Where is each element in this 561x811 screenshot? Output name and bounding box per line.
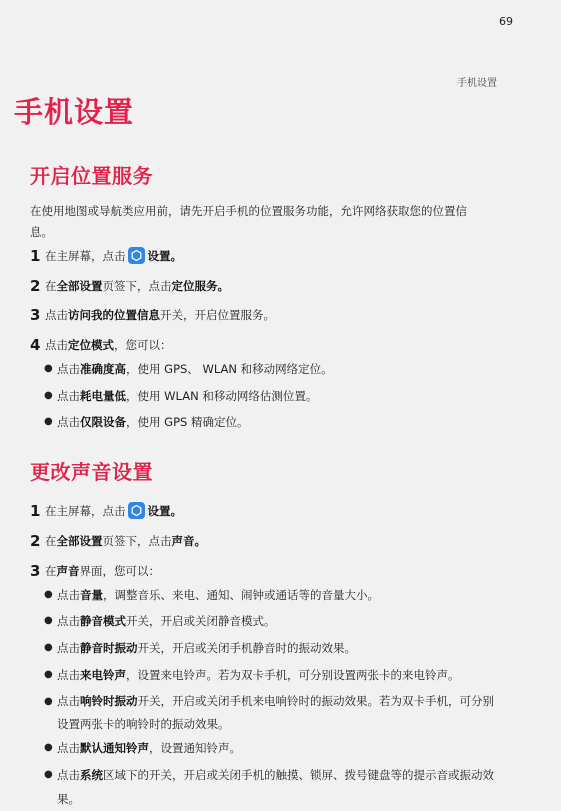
bullet-text: ，设置来电铃声。若为双卡手机，可分别设置两张卡的来电铃声。 bbox=[126, 668, 460, 682]
step-bold-text: 声音 bbox=[172, 533, 195, 549]
step-number: 3 bbox=[30, 562, 45, 580]
bullet-item: ● 点击准确度高，使用 GPS、 WLAN 和移动网络定位。 bbox=[44, 357, 504, 381]
step-text: 开关，开启位置服务。 bbox=[160, 307, 275, 323]
chapter-title: 手机设置 bbox=[14, 90, 134, 131]
step-bold-text: 定位服务 bbox=[172, 278, 218, 294]
step-text: 在 bbox=[45, 533, 57, 549]
step-text: 在主屏幕，点击 bbox=[45, 248, 126, 264]
bullet-text: ，设置通知铃声。 bbox=[149, 741, 241, 755]
bullet-text: 开关，开启或关闭手机静音时的振动效果。 bbox=[138, 641, 357, 655]
step-number: 2 bbox=[30, 532, 45, 550]
bullet-text: 点击 bbox=[57, 415, 80, 429]
step-bold-text: 设置 bbox=[148, 248, 171, 264]
step-text: 点击 bbox=[45, 307, 68, 323]
bullet-dot-icon: ● bbox=[44, 663, 57, 687]
section-title-location: 开启位置服务 bbox=[30, 160, 153, 189]
step-bold-text: 定位模式 bbox=[68, 337, 114, 353]
section-title-sound: 更改声音设置 bbox=[30, 456, 153, 485]
bullet-text: ，调整音乐、来电、通知、闹钟或通话等的音量大小。 bbox=[103, 588, 379, 602]
bullet-bold-text: 默认通知铃声 bbox=[80, 741, 149, 755]
bullet-dot-icon: ● bbox=[44, 384, 57, 408]
step-text: 在 bbox=[45, 563, 57, 579]
bullet-dot-icon: ● bbox=[44, 410, 57, 434]
bullet-bold-text: 音量 bbox=[80, 588, 103, 602]
bullet-item: ● 点击音量，调整音乐、来电、通知、闹钟或通话等的音量大小。 bbox=[44, 583, 504, 607]
step-item: 2 在全部设置页签下，点击声音。 bbox=[30, 532, 206, 550]
bullet-item: ● 点击静音模式开关，开启或关闭静音模式。 bbox=[44, 609, 504, 633]
bullet-dot-icon: ● bbox=[44, 690, 57, 736]
step-text: 点击 bbox=[45, 337, 68, 353]
step-text: 页签下，点击 bbox=[103, 278, 172, 294]
bullet-text: ，使用 WLAN 和移动网络估测位置。 bbox=[126, 389, 317, 403]
step-item: 2 在全部设置页签下，点击定位服务。 bbox=[30, 277, 229, 295]
step-number: 2 bbox=[30, 277, 45, 295]
step-bold-text: 全部设置 bbox=[57, 533, 103, 549]
bullet-item: ● 点击耗电量低，使用 WLAN 和移动网络估测位置。 bbox=[44, 384, 504, 408]
bullet-item: ● 点击响铃时振动开关，开启或关闭手机来电响铃时的振动效果。若为双卡手机，可分别… bbox=[44, 690, 504, 736]
step-bold-text: 全部设置 bbox=[57, 278, 103, 294]
bullet-dot-icon: ● bbox=[44, 736, 57, 760]
bullet-text: 点击 bbox=[57, 588, 80, 602]
step-number: 1 bbox=[30, 502, 45, 520]
bullet-dot-icon: ● bbox=[44, 609, 57, 633]
step-text: 在 bbox=[45, 278, 57, 294]
bullet-bold-text: 准确度高 bbox=[80, 362, 126, 376]
page-number: 69 bbox=[499, 15, 513, 28]
bullet-bold-text: 响铃时振动 bbox=[80, 694, 138, 708]
bullet-text: 点击 bbox=[57, 362, 80, 376]
bullet-dot-icon: ● bbox=[44, 357, 57, 381]
bullet-bold-text: 静音模式 bbox=[80, 614, 126, 628]
intro-line: 在使用地图或导航类应用前，请先开启手机的位置服务功能，允许网络获取您的位置信 bbox=[30, 201, 500, 222]
bullet-dot-icon: ● bbox=[44, 583, 57, 607]
step-item: 4 点击定位模式，您可以： bbox=[30, 336, 172, 354]
bullet-bold-text: 耗电量低 bbox=[80, 389, 126, 403]
step-text: 。 bbox=[195, 533, 207, 549]
step-item: 1 在主屏幕，点击 设置。 bbox=[30, 247, 182, 265]
bullet-text: 点击 bbox=[57, 641, 80, 655]
step-number: 1 bbox=[30, 247, 45, 265]
bullet-item: ● 点击系统区域下的开关，开启或关闭手机的触摸、锁屏、拨号键盘等的提示音或振动效… bbox=[44, 763, 504, 811]
step-item: 1 在主屏幕，点击 设置。 bbox=[30, 502, 182, 520]
bullet-item: ● 点击静音时振动开关，开启或关闭手机静音时的振动效果。 bbox=[44, 636, 504, 660]
intro-line: 息。 bbox=[30, 222, 500, 243]
running-header: 手机设置 bbox=[457, 74, 497, 89]
bullet-text: 区域下的开关，开启或关闭手机的触摸、锁屏、拨号键盘等的提示音或振动效果。 bbox=[57, 768, 494, 806]
step-item: 3 点击访问我的位置信息开关，开启位置服务。 bbox=[30, 306, 275, 324]
bullet-bold-text: 来电铃声 bbox=[80, 668, 126, 682]
bullet-text: 点击 bbox=[57, 741, 80, 755]
bullet-bold-text: 静音时振动 bbox=[80, 641, 138, 655]
step-text: 界面，您可以： bbox=[80, 563, 161, 579]
bullet-item: ● 点击默认通知铃声，设置通知铃声。 bbox=[44, 736, 504, 760]
step-text: 。 bbox=[171, 248, 183, 264]
step-bold-text: 设置 bbox=[148, 503, 171, 519]
step-number: 3 bbox=[30, 306, 45, 324]
bullet-text: 点击 bbox=[57, 694, 80, 708]
settings-gear-icon bbox=[128, 502, 145, 519]
bullet-item: ● 点击仅限设备，使用 GPS 精确定位。 bbox=[44, 410, 504, 434]
bullet-item: ● 点击来电铃声，设置来电铃声。若为双卡手机，可分别设置两张卡的来电铃声。 bbox=[44, 663, 504, 687]
step-bold-text: 声音 bbox=[57, 563, 80, 579]
settings-gear-icon bbox=[128, 247, 145, 264]
bullet-bold-text: 仅限设备 bbox=[80, 415, 126, 429]
step-bold-text: 访问我的位置信息 bbox=[68, 307, 160, 323]
step-text: ，您可以： bbox=[114, 337, 172, 353]
bullet-text: 点击 bbox=[57, 668, 80, 682]
bullet-text: ，使用 GPS、 WLAN 和移动网络定位。 bbox=[126, 362, 333, 376]
bullet-text: 点击 bbox=[57, 768, 80, 782]
bullet-bold-text: 系统 bbox=[80, 768, 103, 782]
step-item: 3 在声音界面，您可以： bbox=[30, 562, 160, 580]
section-intro: 在使用地图或导航类应用前，请先开启手机的位置服务功能，允许网络获取您的位置信 息… bbox=[30, 201, 500, 243]
step-text: 。 bbox=[171, 503, 183, 519]
bullet-text: ，使用 GPS 精确定位。 bbox=[126, 415, 248, 429]
step-text: 页签下，点击 bbox=[103, 533, 172, 549]
bullet-text: 开关，开启或关闭静音模式。 bbox=[126, 614, 276, 628]
bullet-text: 点击 bbox=[57, 614, 80, 628]
bullet-dot-icon: ● bbox=[44, 763, 57, 811]
step-text: 在主屏幕，点击 bbox=[45, 503, 126, 519]
bullet-text: 点击 bbox=[57, 389, 80, 403]
step-number: 4 bbox=[30, 336, 45, 354]
bullet-dot-icon: ● bbox=[44, 636, 57, 660]
step-text: 。 bbox=[218, 278, 230, 294]
